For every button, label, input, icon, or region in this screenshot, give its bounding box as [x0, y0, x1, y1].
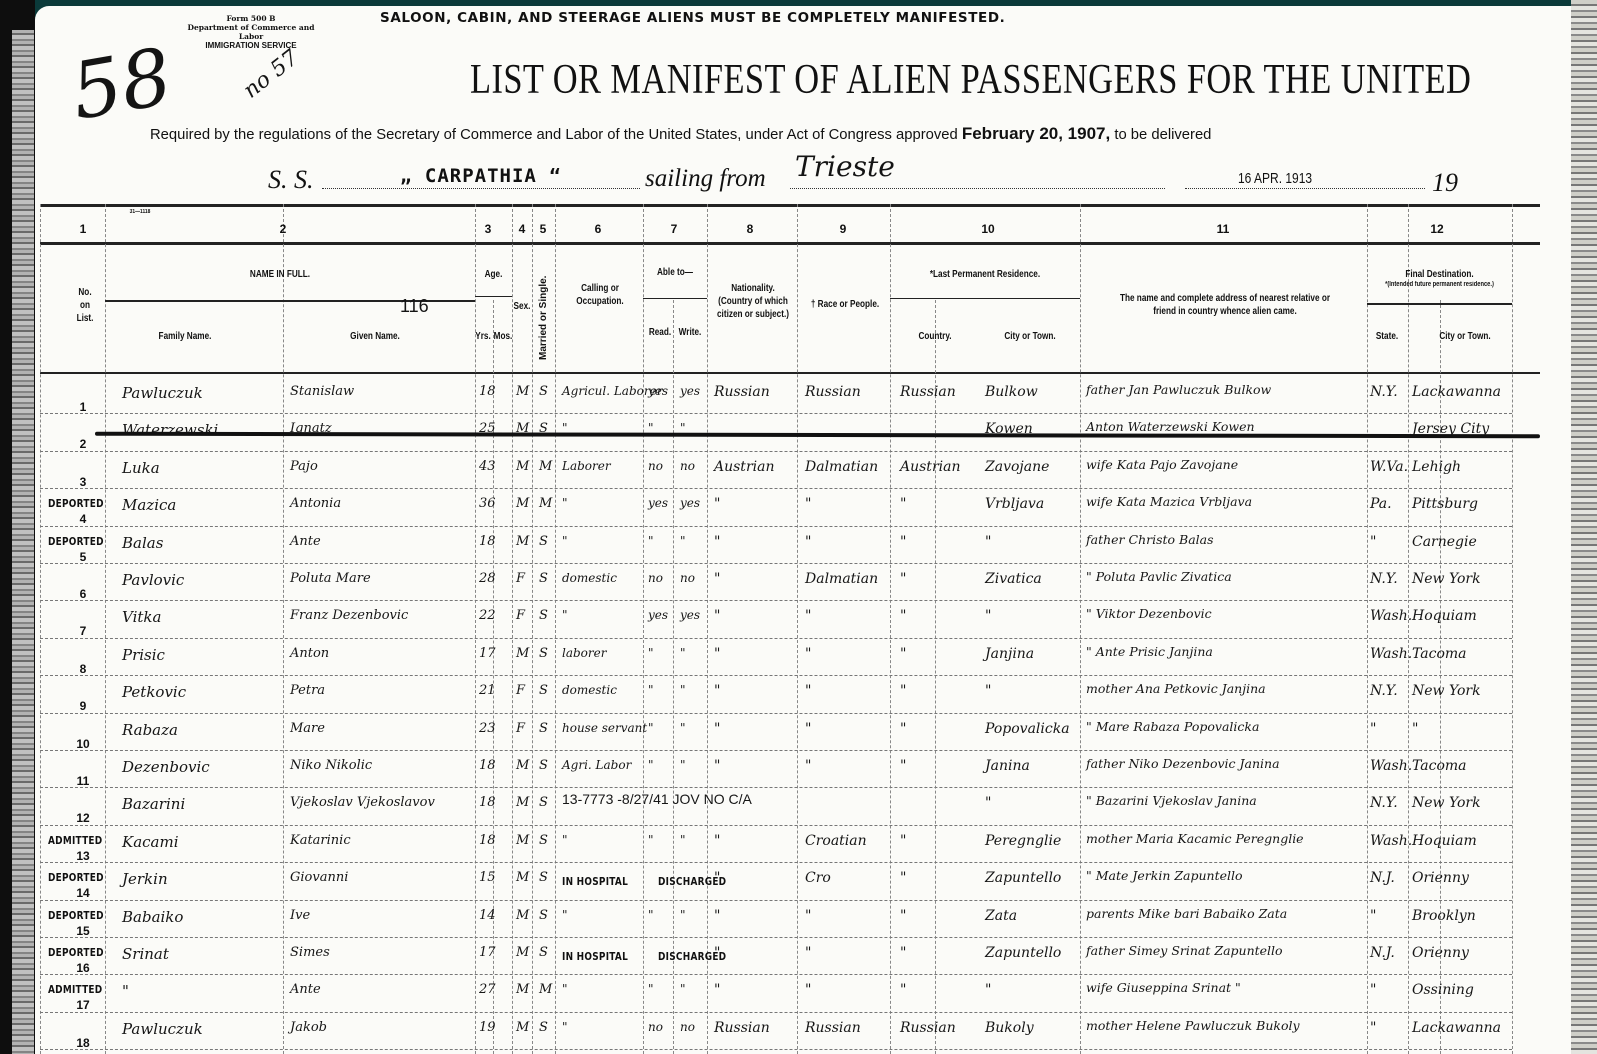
- column-divider: [797, 204, 798, 1054]
- nearest-relative: " Viktor Dezenbovic: [1086, 606, 1212, 621]
- given-name: Poluta Mare: [290, 571, 371, 586]
- status-stamp: DEPORTED: [48, 498, 104, 510]
- nationality: ": [714, 496, 720, 512]
- family-name: Dezenbovic: [122, 758, 210, 776]
- row-number: 17: [73, 998, 93, 1012]
- destination-state: N.Y.: [1370, 384, 1398, 400]
- residence-country: ": [900, 721, 906, 737]
- residence-country: ": [900, 758, 906, 774]
- race-or-people: Croatian: [805, 833, 867, 849]
- family-name: Bazarini: [122, 795, 185, 813]
- given-name: Stanislaw: [290, 384, 354, 399]
- row-divider: [40, 825, 1512, 826]
- nationality: Austrian: [714, 459, 774, 475]
- regulation-text: Required by the regulations of the Secre…: [150, 127, 958, 143]
- column-number: 8: [740, 222, 760, 236]
- can-write: yes: [680, 496, 700, 510]
- residence-city: Zavojane: [985, 459, 1049, 475]
- can-read: ": [648, 908, 654, 922]
- sex-value: M: [516, 908, 529, 923]
- header-top-rule: [40, 204, 1540, 207]
- row-divider: [40, 713, 1512, 714]
- can-read: no: [648, 1020, 663, 1034]
- regulation-line: Required by the regulations of the Secre…: [150, 124, 1211, 144]
- marital-status: S: [539, 534, 548, 549]
- residence-city: Vrbljava: [985, 496, 1044, 512]
- race-or-people: Dalmatian: [805, 571, 878, 587]
- can-read: no: [648, 571, 663, 585]
- column-divider: [283, 204, 284, 1054]
- status-stamp: ADMITTED: [48, 984, 102, 996]
- can-write: no: [680, 1020, 695, 1034]
- marital-status: S: [539, 945, 548, 960]
- residence-country: ": [900, 683, 906, 699]
- occupation: ": [562, 496, 568, 510]
- can-write: yes: [680, 384, 700, 398]
- sex-value: M: [516, 870, 529, 885]
- residence-city: Zivatica: [985, 571, 1042, 587]
- residence-city: Janjina: [985, 646, 1034, 662]
- family-name: Srinat: [122, 945, 169, 963]
- age-header: Age.: [478, 268, 508, 281]
- given-name: Niko Nikolic: [290, 758, 372, 773]
- date-field-line: [1185, 188, 1425, 189]
- family-name: Pavlovic: [122, 571, 184, 589]
- destination-city: Brooklyn: [1412, 908, 1476, 924]
- occupation: domestic: [562, 683, 617, 697]
- nearest-relative-header: The name and complete address of nearest…: [1110, 292, 1340, 318]
- residence-country: ": [900, 534, 906, 550]
- ship-name: „ CARPATHIA “: [400, 165, 562, 187]
- residence-country: Russian: [900, 384, 956, 400]
- can-read: ": [648, 646, 654, 660]
- column-divider: [532, 204, 533, 1054]
- residence-city: Peregnglie: [985, 833, 1061, 849]
- sex-header: Sex.: [512, 300, 532, 313]
- column-number: 2: [273, 222, 293, 236]
- can-read: ": [648, 534, 654, 548]
- occupation: ": [562, 1020, 568, 1034]
- row-divider: [40, 900, 1512, 901]
- sheet-code: 31—1118: [115, 206, 164, 219]
- destination-city: New York: [1412, 683, 1481, 699]
- residence-country: ": [900, 646, 906, 662]
- residence-city: Popovalicka: [985, 721, 1070, 737]
- row-divider: [40, 451, 1512, 452]
- age-years: 23: [479, 721, 496, 736]
- age-years: 17: [479, 945, 496, 960]
- row-number: 1: [73, 400, 93, 414]
- can-write: ": [680, 534, 686, 548]
- nationality: Russian: [714, 1020, 770, 1036]
- nationality: ": [714, 608, 720, 624]
- age-years: 18: [479, 384, 496, 399]
- row-divider: [40, 974, 1512, 975]
- column-divider: [890, 204, 891, 1054]
- marital-status: S: [539, 758, 548, 773]
- row-number: 10: [73, 737, 93, 751]
- row-number: 7: [73, 624, 93, 638]
- family-name: Luka: [122, 459, 160, 477]
- destination-city-header: City or Town.: [1428, 330, 1502, 343]
- residence-country: ": [900, 982, 906, 998]
- given-name: Simes: [290, 945, 330, 960]
- row-divider: [40, 526, 1512, 527]
- sailing-from-label: sailing from: [645, 165, 766, 193]
- family-name: Pawluczuk: [122, 1020, 203, 1038]
- destination-subheader-rule: [1367, 303, 1512, 305]
- able-to-header: Able to—: [649, 266, 701, 279]
- row-number: 3: [73, 475, 93, 489]
- residence-city: Janina: [985, 758, 1030, 774]
- residence-country: ": [900, 496, 906, 512]
- occupation: ": [562, 908, 568, 922]
- regulation-date: February 20, 1907,: [962, 124, 1110, 143]
- name-in-full-header: NAME IN FULL.: [214, 268, 345, 281]
- can-read: ": [648, 683, 654, 697]
- row-divider: [40, 413, 1512, 414]
- age-years: 15: [479, 870, 496, 885]
- age-years: 14: [479, 908, 496, 923]
- write-header: Write.: [674, 326, 707, 339]
- marital-status: S: [539, 870, 548, 885]
- race-or-people: ": [805, 534, 811, 550]
- family-name: Mazica: [122, 496, 176, 514]
- race-or-people: Russian: [805, 1020, 861, 1036]
- row-divider: [40, 563, 1512, 564]
- row-divider: [40, 638, 1512, 639]
- nearest-relative: wife Giuseppina Srinat ": [1086, 980, 1241, 995]
- age-years: 27: [479, 982, 496, 997]
- can-read: yes: [648, 496, 668, 510]
- row-divider: [40, 787, 1512, 788]
- destination-state: N.J.: [1370, 870, 1395, 886]
- age-years: 21: [479, 683, 496, 698]
- age-subheader-rule: [475, 296, 512, 297]
- can-read: ": [648, 982, 654, 996]
- nearest-relative: " Poluta Pavlic Zivatica: [1086, 569, 1232, 584]
- sex-value: M: [516, 384, 529, 399]
- can-read: ": [648, 758, 654, 772]
- destination-state: ": [1370, 534, 1376, 550]
- column-number: 3: [478, 222, 498, 236]
- nearest-relative: parents Mike bari Babaiko Zata: [1086, 906, 1287, 921]
- nearest-relative: mother Helene Pawluczuk Bukoly: [1086, 1018, 1300, 1033]
- column-number: 4: [512, 222, 532, 236]
- sex-value: F: [516, 608, 525, 623]
- residence-subheader-rule: [890, 298, 1080, 299]
- destination-state: ": [1370, 721, 1376, 737]
- race-or-people: ": [805, 721, 811, 737]
- residence-city: ": [985, 683, 991, 699]
- residence-country: ": [900, 945, 906, 961]
- occupation: laborer: [562, 646, 606, 660]
- given-name: Petra: [290, 683, 325, 698]
- residence-country: ": [900, 571, 906, 587]
- residence-city-header: City or Town.: [997, 330, 1063, 343]
- column-number: 1: [73, 222, 93, 236]
- column-number: 6: [588, 222, 608, 236]
- row-number: 9: [73, 699, 93, 713]
- status-stamp: DEPORTED: [48, 910, 104, 922]
- occupation: ": [562, 833, 568, 847]
- row-number: 6: [73, 587, 93, 601]
- marital-status-header: Married or Single.: [538, 276, 549, 360]
- sex-value: M: [516, 646, 529, 661]
- column-number: 5: [533, 222, 553, 236]
- race-or-people: Dalmatian: [805, 459, 878, 475]
- destination-city: Orienny: [1412, 945, 1469, 961]
- destination-state: ": [1370, 908, 1376, 924]
- sex-value: M: [516, 1020, 529, 1035]
- destination-city: Lackawanna: [1412, 1020, 1501, 1036]
- status-stamp: DEPORTED: [48, 536, 104, 548]
- status-stamp: DEPORTED: [48, 872, 104, 884]
- destination-state: N.Y.: [1370, 571, 1398, 587]
- can-write: no: [680, 459, 695, 473]
- page-title: LIST OR MANIFEST OF ALIEN PASSENGERS FOR…: [470, 56, 1471, 104]
- nearest-relative: " Bazarini Vjekoslav Janina: [1086, 793, 1257, 808]
- ss-label: S. S.: [268, 165, 314, 195]
- residence-city: Zapuntello: [985, 945, 1061, 961]
- marital-status: M: [539, 982, 552, 997]
- sex-value: F: [516, 571, 525, 586]
- nearest-relative: " Mate Jerkin Zapuntello: [1086, 868, 1243, 883]
- occupation: ": [562, 982, 568, 996]
- nearest-relative: " Ante Prisic Janjina: [1086, 644, 1213, 659]
- given-name: Anton: [290, 646, 329, 661]
- residence-city: Bukoly: [985, 1020, 1034, 1036]
- row-number: 13: [73, 849, 93, 863]
- row-number: 11: [73, 774, 93, 788]
- row-divider: [40, 600, 1512, 601]
- nationality: ": [714, 908, 720, 924]
- residence-country: ": [900, 833, 906, 849]
- row-divider: [40, 488, 1512, 489]
- destination-city: Tacoma: [1412, 758, 1467, 774]
- occupation: IN HOSPITAL: [562, 876, 628, 888]
- family-name: Petkovic: [122, 683, 186, 701]
- age-years: 22: [479, 608, 496, 623]
- family-name: Vitka: [122, 608, 161, 626]
- can-write: ": [680, 721, 686, 735]
- handwritten-file-note: 13-7773 -8/27/41 JOV NO C/A: [562, 791, 752, 807]
- column-divider: [1408, 204, 1409, 1054]
- column-divider: [105, 204, 106, 1054]
- column-number-rule: [40, 242, 1540, 245]
- family-name: Pawluczuk: [122, 384, 203, 402]
- regulation-suffix: to be delivered: [1114, 127, 1211, 143]
- nationality: ": [714, 758, 720, 774]
- row-divider: [40, 1049, 1512, 1050]
- can-read: yes: [648, 384, 668, 398]
- marital-status: S: [539, 721, 548, 736]
- race-or-people: ": [805, 982, 811, 998]
- marital-status: M: [539, 459, 552, 474]
- family-name: Waterzewski: [122, 421, 218, 439]
- family-name-header: Family Name.: [148, 330, 222, 343]
- given-name: Mare: [290, 721, 325, 736]
- race-or-people: ": [805, 496, 811, 512]
- sex-value: M: [516, 982, 529, 997]
- age-years: 18: [479, 833, 496, 848]
- race-or-people: ": [805, 908, 811, 924]
- sex-value: M: [516, 758, 529, 773]
- family-name: ": [122, 982, 129, 1000]
- residence-country: ": [900, 870, 906, 886]
- destination-state: N.Y.: [1370, 683, 1398, 699]
- column-divider: [707, 204, 708, 1054]
- destination-state: Wash.: [1370, 758, 1412, 774]
- year-label: 19: [1432, 168, 1458, 198]
- destination-state: ": [1370, 1020, 1376, 1036]
- destination-state: Wash.: [1370, 833, 1412, 849]
- given-name-header: Given Name.: [338, 330, 412, 343]
- nationality: ": [714, 646, 720, 662]
- nearest-relative: Anton Waterzewski Kowen: [1086, 419, 1255, 434]
- sex-value: M: [516, 945, 529, 960]
- destination-state: Wash.: [1370, 608, 1412, 624]
- given-name: Pajo: [290, 459, 318, 474]
- given-name: Antonia: [290, 496, 341, 511]
- nearest-relative: father Christo Balas: [1086, 532, 1214, 547]
- ship-field-line: [322, 188, 640, 189]
- nationality: Russian: [714, 384, 770, 400]
- age-years: 28: [479, 571, 496, 586]
- family-name: Balas: [122, 534, 163, 552]
- given-name: Katarinic: [290, 833, 351, 848]
- can-read: no: [648, 459, 663, 473]
- destination-state: Pa.: [1370, 496, 1392, 512]
- occupation: ": [562, 534, 568, 548]
- sex-value: F: [516, 721, 525, 736]
- destination-state: N.Y.: [1370, 795, 1398, 811]
- column-number: 10: [978, 222, 998, 236]
- occupation: IN HOSPITAL: [562, 951, 628, 963]
- column-number: 7: [664, 222, 684, 236]
- race-or-people: ": [805, 683, 811, 699]
- nationality: ": [714, 683, 720, 699]
- age-years: 17: [479, 646, 496, 661]
- nationality-header: Nationality. (Country of which citizen o…: [715, 282, 790, 321]
- destination-city: New York: [1412, 571, 1481, 587]
- header-bottom-rule: [40, 372, 1540, 374]
- row-divider: [40, 750, 1512, 751]
- occupation: domestic: [562, 571, 617, 585]
- family-name: Kacami: [122, 833, 179, 851]
- read-header: Read.: [644, 326, 677, 339]
- given-name: Ante: [290, 982, 321, 997]
- nearest-relative: father Simey Srinat Zapuntello: [1086, 943, 1283, 958]
- age-years: 18: [479, 534, 496, 549]
- marital-status: S: [539, 908, 548, 923]
- residence-country-header: Country.: [906, 330, 963, 343]
- race-or-people: ": [805, 758, 811, 774]
- sex-value: M: [516, 459, 529, 474]
- residence-country: Austrian: [900, 459, 960, 475]
- sex-value: M: [516, 833, 529, 848]
- destination-state-header: State.: [1371, 330, 1404, 343]
- given-name: Franz Dezenbovic: [290, 608, 408, 623]
- marital-status: S: [539, 571, 548, 586]
- destination-city: Pittsburg: [1412, 496, 1478, 512]
- given-name: Jakob: [290, 1020, 327, 1035]
- department-name: Department of Commerce and Labor: [186, 23, 316, 41]
- marital-status: S: [539, 384, 548, 399]
- race-or-people: ": [805, 646, 811, 662]
- nearest-relative: father Niko Dezenbovic Janina: [1086, 756, 1280, 771]
- can-read: yes: [648, 608, 668, 622]
- status-stamp: DEPORTED: [48, 947, 104, 959]
- departure-port: Trieste: [795, 150, 895, 183]
- residence-city: ": [985, 608, 991, 624]
- last-residence-header: *Last Permanent Residence.: [907, 268, 1063, 281]
- residence-city: ": [985, 982, 991, 998]
- scan-left-edge: [0, 0, 35, 1054]
- service-name: IMMIGRATION SERVICE: [186, 41, 316, 50]
- row-divider: [40, 862, 1512, 863]
- column-divider: [555, 204, 556, 1054]
- row-number: 18: [73, 1036, 93, 1050]
- manifest-notice: SALOON, CABIN, AND STEERAGE ALIENS MUST …: [380, 10, 1005, 26]
- family-name: Rabaza: [122, 721, 178, 739]
- destination-state: W.Va.: [1370, 459, 1408, 475]
- sex-value: M: [516, 496, 529, 511]
- destination-state: N.J.: [1370, 945, 1395, 961]
- row-number: 2: [73, 437, 93, 451]
- marital-status: S: [539, 608, 548, 623]
- destination-state: Wash.: [1370, 646, 1412, 662]
- nationality: ": [714, 833, 720, 849]
- nationality: ": [714, 982, 720, 998]
- destination-city: New York: [1412, 795, 1481, 811]
- family-name: Babaiko: [122, 908, 183, 926]
- can-read: ": [648, 721, 654, 735]
- can-write: ": [680, 683, 686, 697]
- can-write: ": [680, 982, 686, 996]
- given-name: Giovanni: [290, 870, 348, 885]
- race-header: † Race or People.: [808, 298, 882, 311]
- can-write: ": [680, 758, 686, 772]
- sex-value: F: [516, 683, 525, 698]
- nearest-relative: mother Ana Petkovic Janjina: [1086, 681, 1266, 696]
- race-or-people: ": [805, 945, 811, 961]
- scan-right-edge: [1571, 0, 1597, 1054]
- row-divider: [40, 937, 1512, 938]
- destination-city: Carnegie: [1412, 534, 1477, 550]
- column-divider: [40, 204, 41, 1054]
- row-number: 16: [73, 961, 93, 975]
- marital-status: S: [539, 646, 548, 661]
- row-number: 14: [73, 886, 93, 900]
- nationality: ": [714, 571, 720, 587]
- marital-status: S: [539, 833, 548, 848]
- age-years: 18: [479, 758, 496, 773]
- row-number: 15: [73, 924, 93, 938]
- family-name: Prisic: [122, 646, 165, 664]
- residence-country: ": [900, 608, 906, 624]
- race-or-people: ": [805, 608, 811, 624]
- age-years: 19: [479, 1020, 496, 1035]
- residence-city: Zapuntello: [985, 870, 1061, 886]
- destination-city: Tacoma: [1412, 646, 1467, 662]
- occupation: Laborer: [562, 459, 611, 473]
- age-years: 36: [479, 496, 496, 511]
- destination-city: Hoquiam: [1412, 833, 1477, 849]
- age-years: 43: [479, 459, 496, 474]
- given-name: Ante: [290, 534, 321, 549]
- column-number: 11: [1213, 222, 1233, 236]
